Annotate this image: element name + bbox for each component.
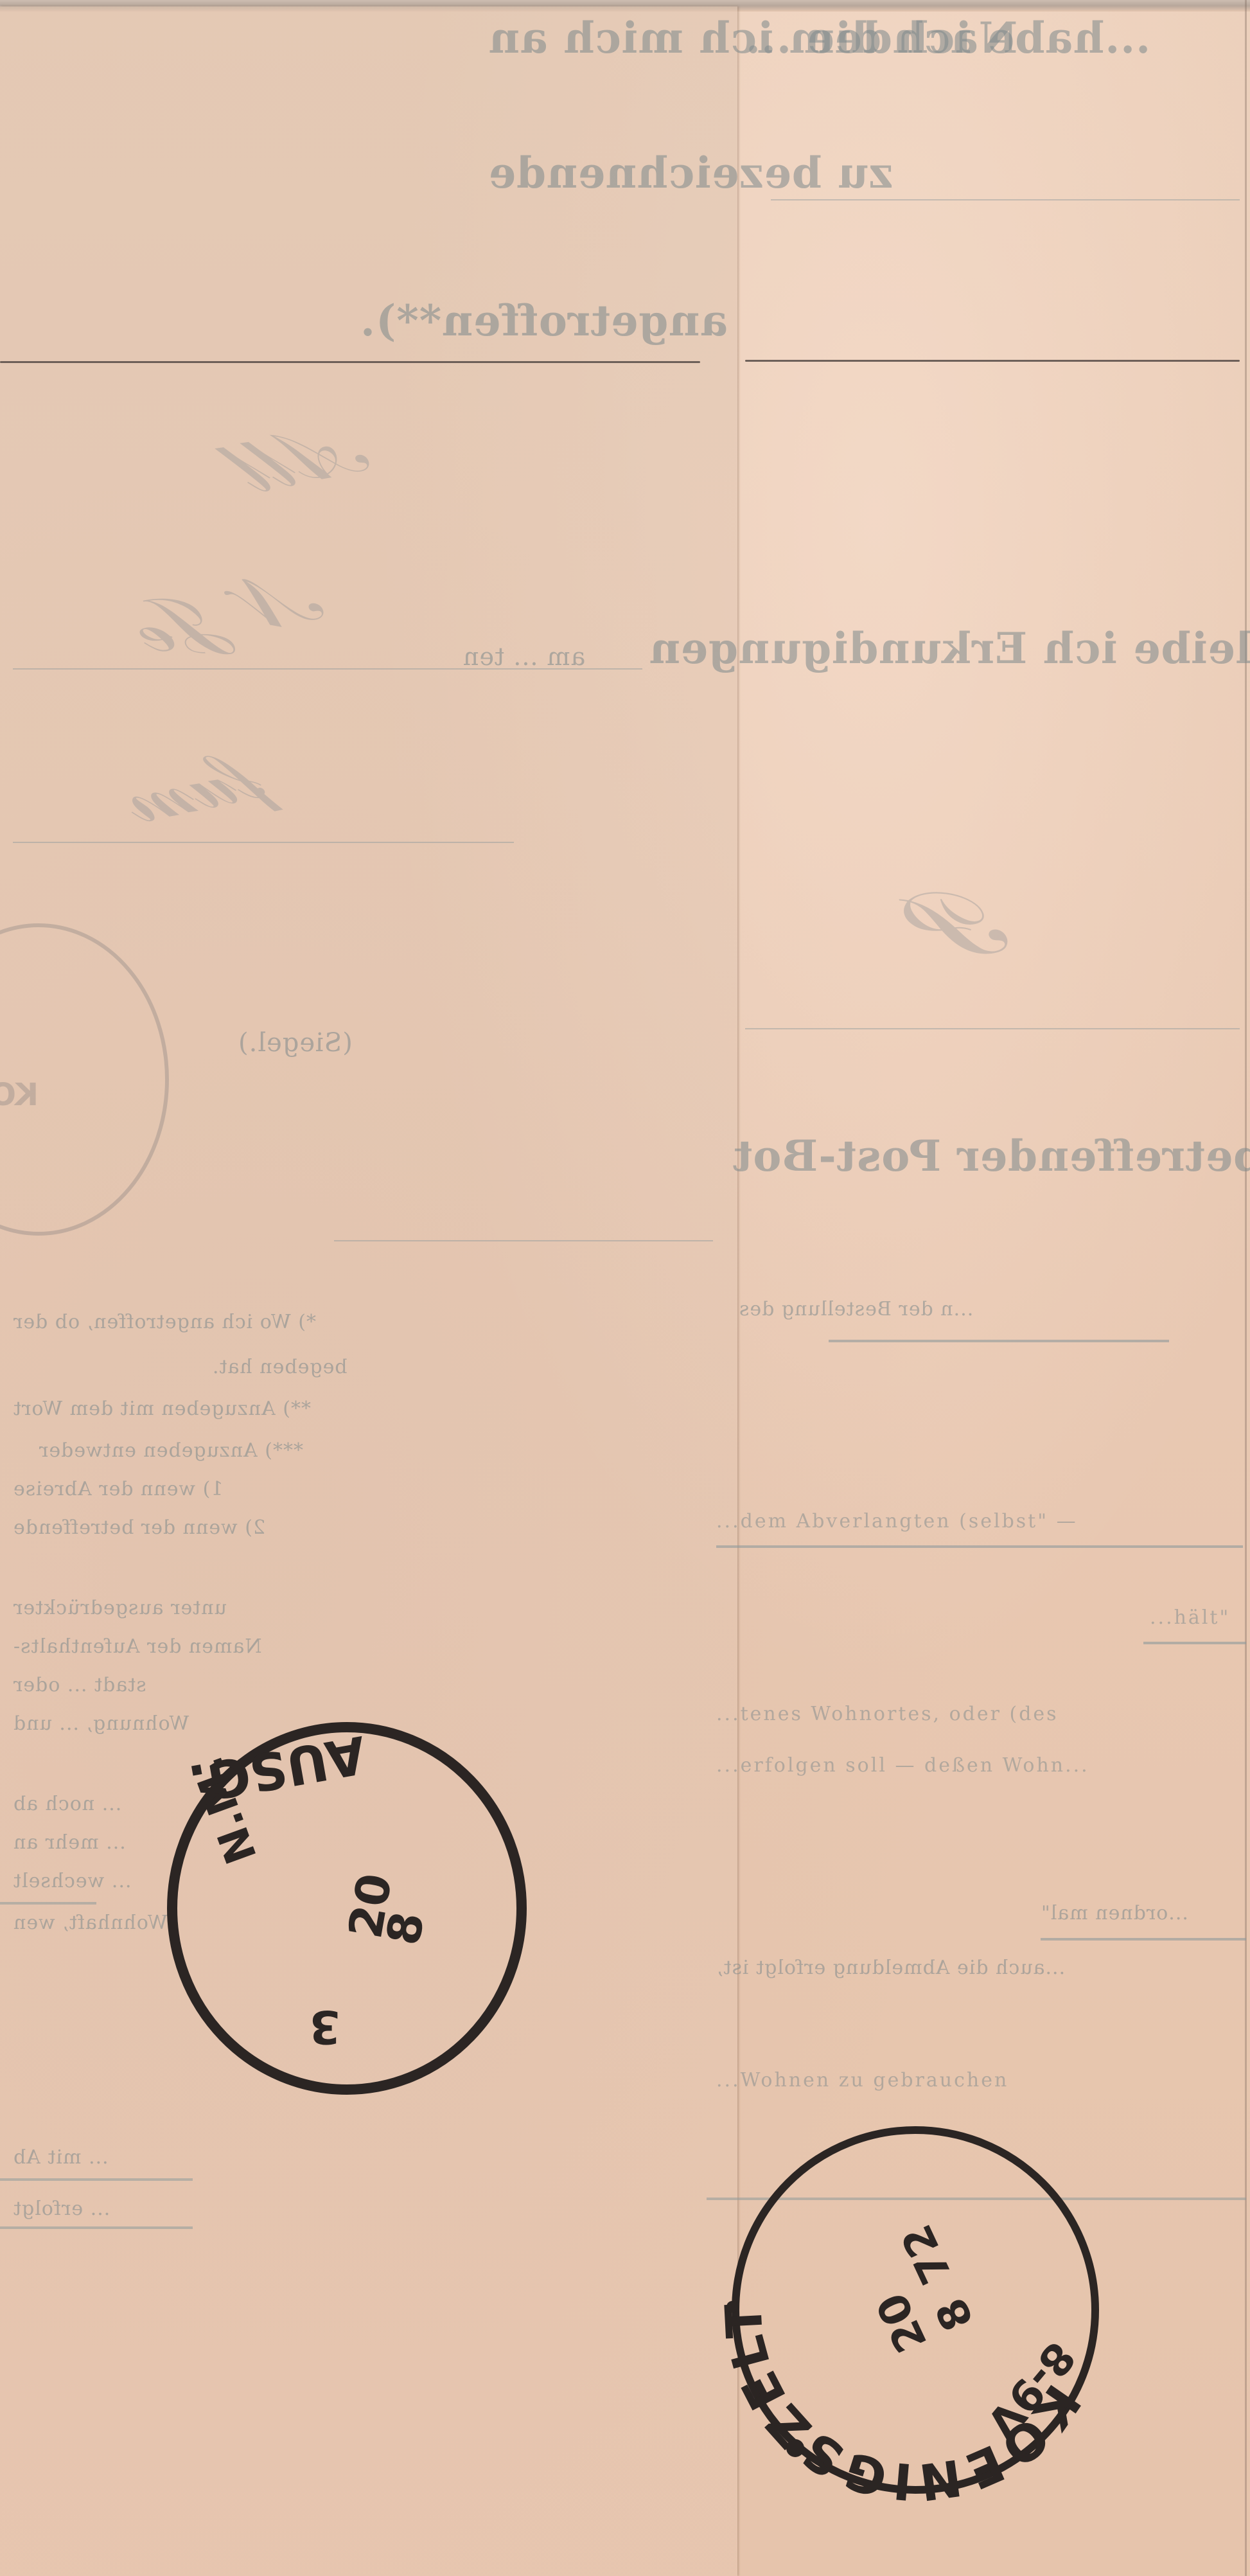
right-line: ...Wohnen zu gebrauchen xyxy=(716,2069,1008,2092)
ghost-postmark-text: KOENIG xyxy=(0,1077,39,1113)
faint-rule xyxy=(0,1902,96,1905)
faint-rule xyxy=(0,2178,193,2181)
line-text: zu bezeichnende xyxy=(488,148,893,198)
ghost-postmark: KOENIG xyxy=(0,912,180,1247)
date-line-text: am ... ten xyxy=(462,643,585,671)
postmark-ausg: AUSG. 20 8 3 N.M. xyxy=(161,1716,533,2101)
footnote-line: begeben hat. xyxy=(212,1356,348,1378)
footnote-line: ... mehr an xyxy=(13,1831,126,1854)
faint-rule xyxy=(716,1545,1243,1548)
faint-rule xyxy=(1041,1938,1246,1941)
faint-rule xyxy=(1143,1642,1246,1644)
faint-rule xyxy=(13,842,514,843)
footnote-line: unter ausgedrückter xyxy=(13,1597,227,1619)
faint-rule xyxy=(745,1028,1240,1029)
right-line: ...auch die Abmeldung erfolgt ist, xyxy=(716,1957,1065,1979)
line-text: angetroffen**). xyxy=(360,296,728,346)
right-line: ...dem Abverlangten (selbst" — xyxy=(716,1510,1078,1532)
postmark-koenigszelt: KOENIGSZELT 20 8 72 8-9V xyxy=(719,2114,1111,2506)
right-line: ...n der Bestellung des xyxy=(739,1298,973,1320)
folded-left-panel xyxy=(0,6,737,2576)
rule-line xyxy=(0,361,700,363)
footnote-line: ***) Anzugeben entweder xyxy=(39,1439,303,1462)
right-heading: betreffender Post-Bot xyxy=(732,1131,1250,1181)
footnote-line: Wohnhaft, wen xyxy=(13,1912,168,1934)
postmark-koenigszelt-month: 8 xyxy=(926,2291,983,2338)
postmark-ausg-month: 8 xyxy=(376,1908,434,1949)
seal-label: (Siegel.) xyxy=(238,1028,353,1058)
footnote-line: stadt ... oder xyxy=(13,1674,146,1696)
faint-rule xyxy=(0,2226,193,2229)
footnote-line: 2) wenn der betreffende xyxy=(13,1516,265,1539)
faint-rule xyxy=(334,1240,713,1241)
footnote-line: 1) wenn der Abreise xyxy=(13,1478,223,1500)
faint-rule xyxy=(771,199,1240,200)
footnote-line: ... mit Ab xyxy=(13,2146,109,2169)
postmark-koenigszelt-year: 72 xyxy=(892,2217,962,2292)
right-line: ...erfolgen soll — deßen Wohn... xyxy=(716,1754,1089,1777)
right-line: ...tenes Wohnortes, oder (des xyxy=(716,1703,1059,1725)
footnote-line: ... wechselt xyxy=(13,1870,132,1892)
right-fold-line xyxy=(1245,0,1247,2576)
footnote-line: **) Anzugeben mit dem Wort xyxy=(13,1398,311,1420)
postmark-ausg-time: 3 xyxy=(309,2000,340,2053)
right-fragment-text: ...habe ich die ... xyxy=(745,13,1150,63)
postmark-koenigszelt-day: 20 xyxy=(867,2286,937,2360)
rule-line xyxy=(745,360,1240,362)
faint-rule xyxy=(829,1340,1169,1342)
footnote-line: ... erfolgt xyxy=(13,2198,110,2220)
right-line: ...hält" xyxy=(1150,1606,1230,1629)
footnote-line: Namen der Aufenthalts- xyxy=(13,1635,262,1658)
footnote-line: ... noch ab xyxy=(13,1793,121,1815)
right-line-text: ...bleibe ich Erkundigungen xyxy=(649,623,1250,673)
right-line: ...ordnen mal" xyxy=(1041,1902,1188,1924)
footnote-line: *) Wo ich angetroffen, ob der xyxy=(13,1311,316,1333)
